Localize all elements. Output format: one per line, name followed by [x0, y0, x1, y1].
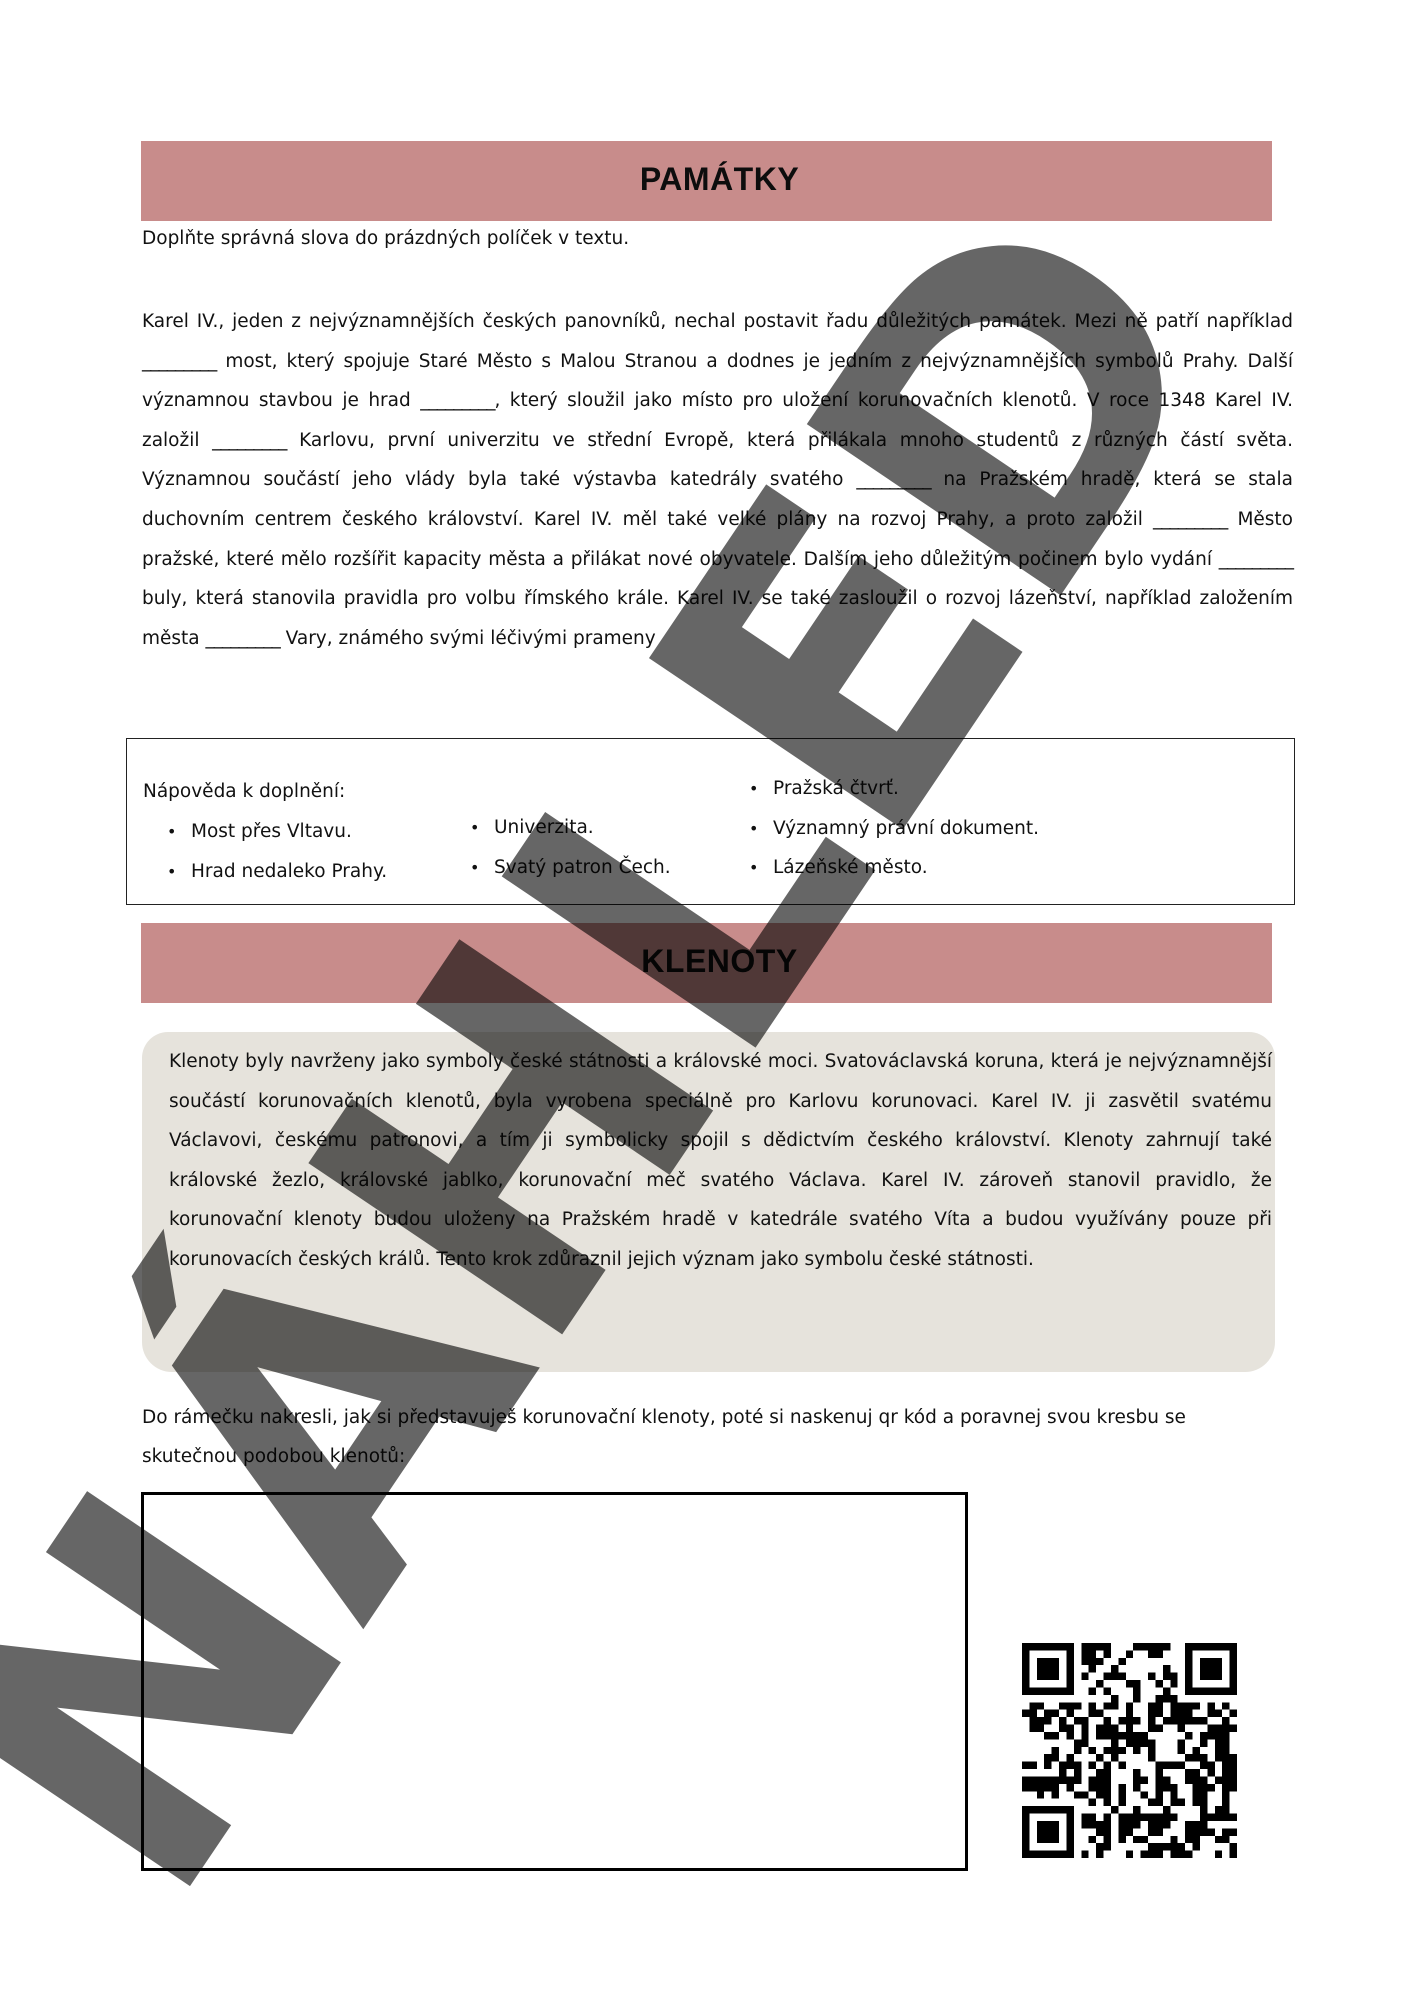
hint-item: Lázeňské město. [745, 848, 1039, 888]
drawing-prompt: Do rámečku nakresli, jak si představuješ… [142, 1398, 1242, 1476]
hint-box: Nápověda k doplnění: Most přes Vltavu. H… [126, 738, 1295, 905]
hint-item: Svatý patron Čech. [466, 848, 671, 888]
section-title-klenoty: KLENOTY [141, 943, 1272, 980]
blank-field[interactable]: _________ [856, 469, 930, 490]
hint-item: Pražská čtvrť. [745, 769, 1039, 809]
hint-label: Nápověda k doplnění: [143, 781, 345, 802]
drawing-area[interactable] [141, 1492, 968, 1871]
hint-item: Významný právní dokument. [745, 809, 1039, 849]
klenoty-paragraph: Klenoty byly navrženy jako symboly české… [169, 1042, 1272, 1280]
hint-column-2: Univerzita. Svatý patron Čech. [466, 808, 671, 887]
hint-item: Hrad nedaleko Prahy. [163, 852, 387, 892]
info-box: Klenoty byly navrženy jako symboly české… [142, 1032, 1275, 1372]
blank-field[interactable]: _________ [420, 390, 494, 411]
hint-item: Most přes Vltavu. [163, 812, 387, 852]
hint-column-1: Most přes Vltavu. Hrad nedaleko Prahy. [163, 812, 387, 891]
blank-field[interactable]: _________ [1153, 509, 1227, 530]
hint-column-3: Pražská čtvrť. Významný právní dokument.… [745, 769, 1039, 888]
section-header-pamatky: PAMÁTKY [141, 141, 1272, 221]
cloze-paragraph: Karel IV., jeden z nejvýznamnějších česk… [142, 302, 1293, 658]
blank-field[interactable]: _________ [142, 351, 216, 372]
section-header-klenoty: KLENOTY [141, 923, 1272, 1003]
blank-field[interactable]: _________ [1219, 549, 1293, 570]
blank-field[interactable]: _________ [212, 430, 286, 451]
blank-field[interactable]: _________ [206, 628, 280, 649]
qr-code-icon [1022, 1643, 1237, 1858]
hint-item: Univerzita. [466, 808, 671, 848]
exercise-instruction: Doplňte správná slova do prázdných políč… [142, 228, 629, 249]
section-title-pamatky: PAMÁTKY [141, 161, 1272, 198]
